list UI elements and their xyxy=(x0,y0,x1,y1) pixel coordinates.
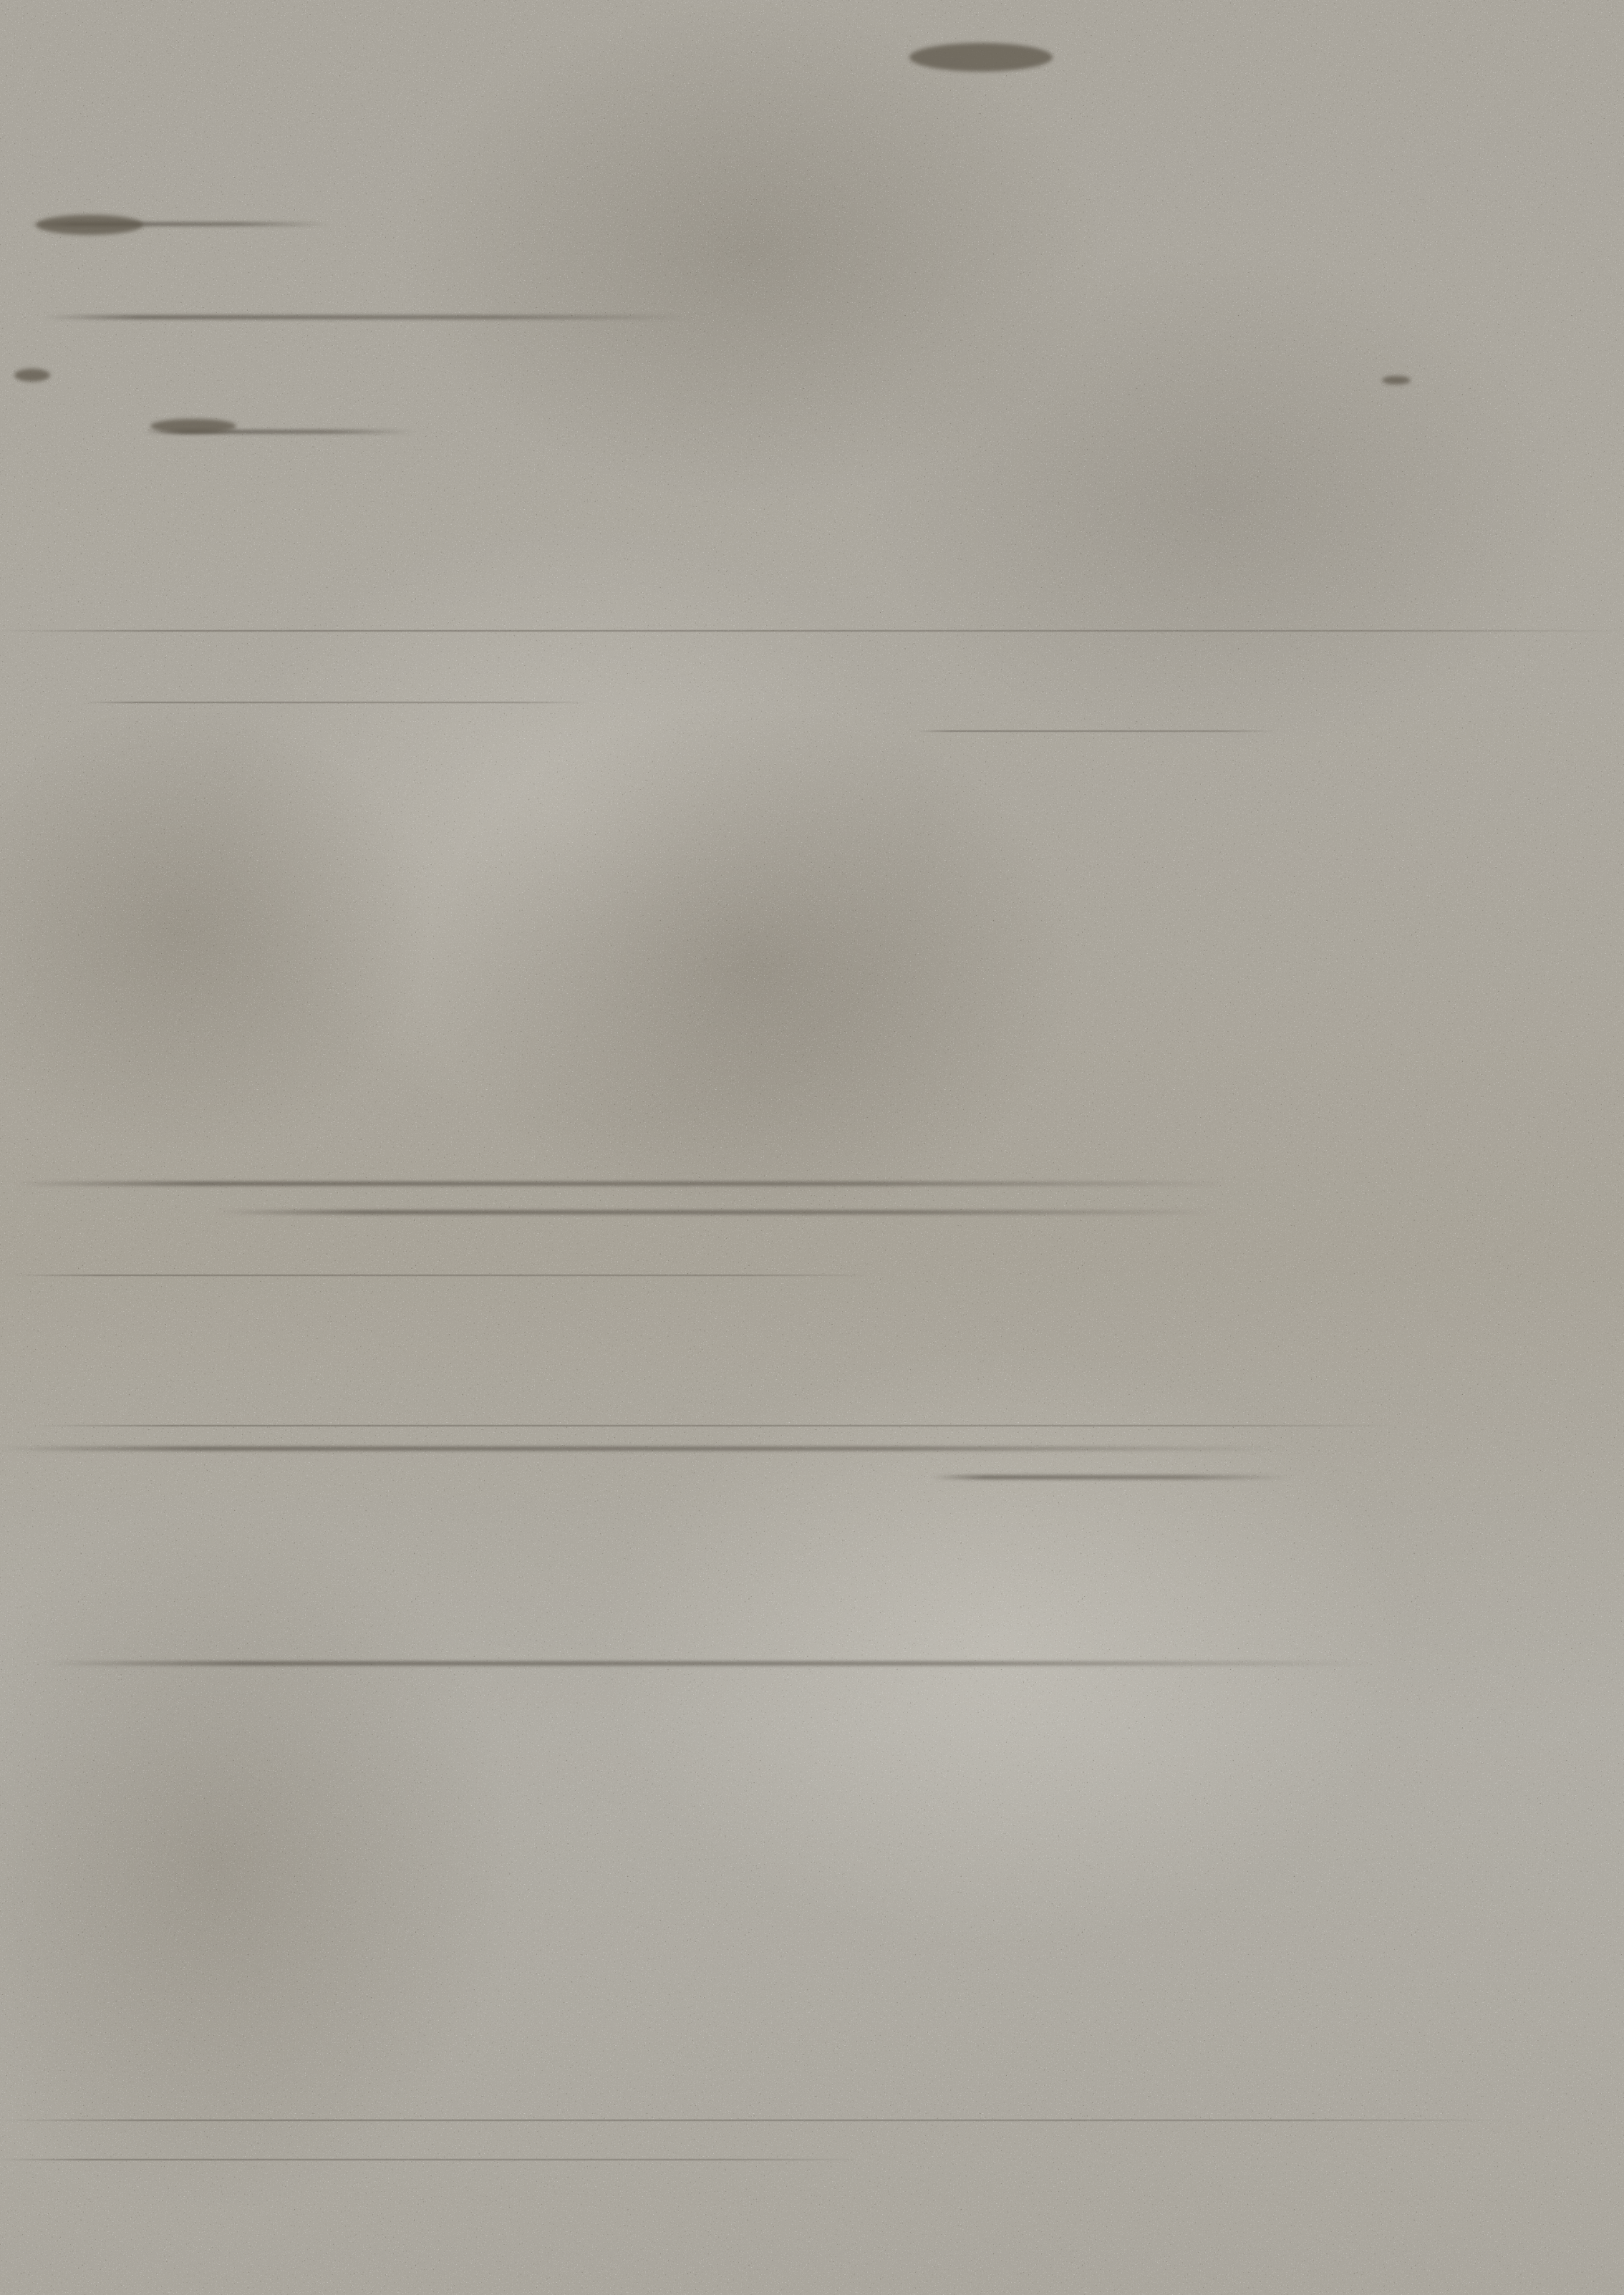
plaster-void xyxy=(14,369,50,382)
trowel-streak xyxy=(215,1210,1217,1214)
trowel-streak xyxy=(931,1475,1289,1479)
trowel-streak xyxy=(917,730,1275,732)
trowel-streak xyxy=(43,315,687,319)
trowel-streak xyxy=(14,1275,874,1276)
trowel-streak xyxy=(43,1661,1368,1666)
trowel-streak xyxy=(0,2159,859,2160)
plaster-wall-photo xyxy=(0,0,1624,2295)
trowel-streak xyxy=(0,2120,1504,2121)
plaster-void xyxy=(909,43,1053,72)
trowel-streak xyxy=(36,1425,1396,1426)
trowel-streak xyxy=(0,1446,1289,1451)
trowel-streak xyxy=(0,630,1624,632)
plaster-void xyxy=(1382,376,1411,385)
plaster-void xyxy=(36,215,143,235)
trowel-streak xyxy=(86,702,587,703)
grain-highlights xyxy=(0,0,1624,2295)
plaster-void xyxy=(150,419,236,433)
trowel-streak xyxy=(14,1182,1232,1186)
